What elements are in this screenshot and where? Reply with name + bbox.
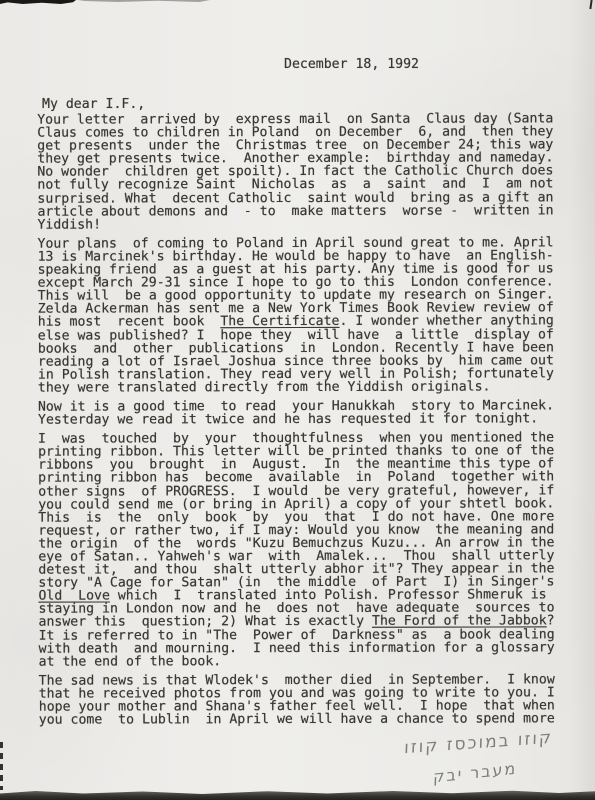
paragraph: Now it is a good time to read your Hanuk… — [38, 399, 554, 427]
paragraph: The sad news is that Wlodek's mother die… — [39, 673, 555, 727]
scan-artifact-left-edge — [0, 742, 3, 790]
paragraph: I was touched by your thoughtfulness whe… — [38, 431, 555, 668]
paragraph: Your plans of coming to Poland in April … — [38, 236, 555, 394]
handwritten-annotation-line2: מעבר יבק — [432, 758, 517, 786]
letter-line: you come to Lublin in April we will have… — [39, 712, 555, 726]
letter-line: article about demons and - to make matte… — [37, 204, 553, 218]
scan-shadow-right — [569, 0, 595, 800]
letter-date: December 18, 1992 — [284, 57, 419, 72]
scan-artifact-top-strip — [0, 0, 76, 4]
letter-line: Yiddish! — [37, 217, 553, 231]
letter-salutation: My dear I.F., — [42, 97, 145, 112]
letter-line: they were translated directly from the Y… — [38, 380, 554, 394]
letter-line: Yesterday we read it twice and he has re… — [38, 412, 554, 426]
scan-artifact-top-dash — [78, 0, 210, 2]
paragraph: Your letter arrived by express mail on S… — [37, 112, 553, 231]
scanned-letter-page: December 18, 1992 My dear I.F., Your let… — [0, 0, 595, 800]
handwritten-annotation-line1: קוזו במוכסז קוזו — [404, 728, 553, 759]
letter-line: with death and mourning. I need this inf… — [39, 641, 555, 655]
letter-body: Your letter arrived by express mail on S… — [37, 112, 555, 733]
letter-line: at the end of the book. — [39, 654, 555, 668]
scan-artifact-bottom-edge — [0, 790, 595, 800]
scan-artifact-corner-tick — [589, 0, 592, 9]
